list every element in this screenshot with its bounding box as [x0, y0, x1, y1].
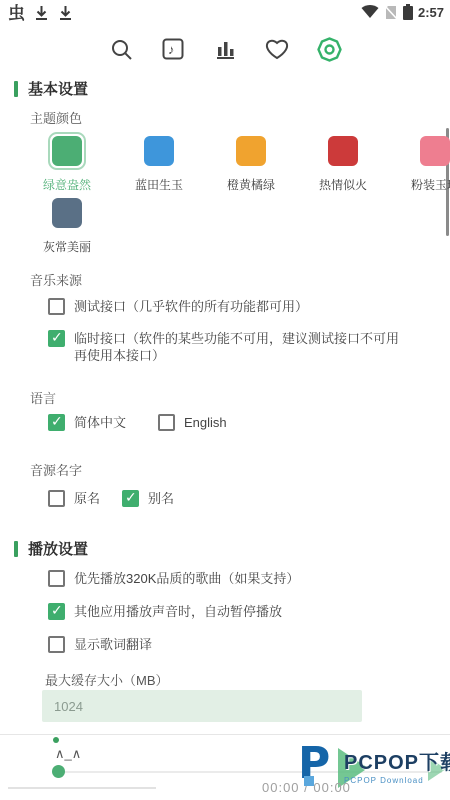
- progress-thumb[interactable]: [52, 765, 65, 778]
- bar-chart-icon: [213, 37, 237, 61]
- color-swatch[interactable]: [420, 136, 450, 166]
- heart-icon: [265, 38, 289, 60]
- theme-name: 粉装玉琢: [411, 176, 450, 193]
- status-bar: 虫 2:57: [0, 0, 450, 28]
- checkbox-label: English: [184, 414, 227, 431]
- checkbox-icon[interactable]: [48, 414, 65, 431]
- tab-search[interactable]: [108, 36, 134, 62]
- app-screen: 虫 2:57: [0, 0, 450, 800]
- section-playback-settings: 播放设置: [14, 538, 88, 559]
- theme-name: 灰常美丽: [43, 238, 91, 255]
- divider: [8, 787, 156, 789]
- theme-orange[interactable]: 橙黄橘绿: [224, 132, 278, 193]
- checkbox-320k[interactable]: 优先播放320K品质的歌曲（如果支持）: [48, 570, 418, 587]
- color-swatch[interactable]: [144, 136, 174, 166]
- theme-pink[interactable]: 粉装玉琢: [408, 132, 450, 193]
- checkbox-icon[interactable]: [48, 636, 65, 653]
- language-options: 简体中文 English: [48, 414, 227, 431]
- color-swatch[interactable]: [236, 136, 266, 166]
- checkbox-icon[interactable]: [48, 603, 65, 620]
- color-swatch[interactable]: [328, 136, 358, 166]
- theme-color-label: 主题颜色: [30, 108, 82, 127]
- source-name-label: 音源名字: [30, 460, 82, 479]
- checkbox-label: 简体中文: [74, 414, 126, 431]
- section-accent-bar: [14, 81, 18, 97]
- watermark-subtitle: PCPOP Download: [344, 776, 450, 785]
- music-source-label: 音乐来源: [30, 270, 82, 289]
- checkbox-label: 别名: [148, 490, 174, 507]
- checkbox-temp-api[interactable]: 临时接口（软件的某些功能不可用，建议测试接口不可用再使用本接口）: [48, 330, 410, 364]
- checkbox-icon[interactable]: [158, 414, 175, 431]
- pcpop-watermark: P PCPOP下载 PCPOP Download: [298, 742, 450, 788]
- checkbox-english[interactable]: English: [158, 414, 227, 431]
- checkbox-label: 显示歌词翻译: [74, 636, 152, 653]
- theme-green[interactable]: 绿意盎然: [40, 132, 94, 193]
- color-swatch[interactable]: [52, 198, 82, 228]
- checkbox-label: 测试接口（几乎软件的所有功能都可用）: [74, 298, 308, 315]
- watermark-title: PCPOP下载: [344, 746, 450, 775]
- song-title: ∧_∧: [55, 746, 81, 762]
- section-title: 基本设置: [28, 78, 88, 99]
- battery-icon: [403, 4, 413, 20]
- source-name-options: 原名 别名: [48, 490, 174, 507]
- theme-color-row-2: 灰常美丽: [40, 194, 94, 255]
- color-swatch[interactable]: [52, 136, 82, 166]
- theme-name: 蓝田生玉: [135, 176, 183, 193]
- settings-gear-icon: [317, 37, 342, 62]
- checkbox-label: 原名: [74, 490, 100, 507]
- pcpop-logo-icon: P: [298, 742, 342, 788]
- svg-text:♪: ♪: [168, 42, 175, 57]
- music-box-icon: ♪: [161, 37, 185, 61]
- tab-charts[interactable]: [212, 36, 238, 62]
- checkbox-simplified-chinese[interactable]: 简体中文: [48, 414, 126, 431]
- checkbox-alias-name[interactable]: 别名: [122, 490, 174, 507]
- checkbox-test-api[interactable]: 测试接口（几乎软件的所有功能都可用）: [48, 298, 408, 315]
- cache-size-input[interactable]: [42, 690, 362, 722]
- tab-bar: ♪: [0, 32, 450, 66]
- theme-name: 热情似火: [319, 176, 367, 193]
- checkbox-icon[interactable]: [48, 570, 65, 587]
- wifi-icon: [361, 5, 379, 19]
- section-title: 播放设置: [28, 538, 88, 559]
- tab-favorites[interactable]: [264, 36, 290, 62]
- clock: 2:57: [418, 5, 444, 20]
- checkbox-label: 其他应用播放声音时，自动暂停播放: [74, 603, 282, 620]
- checkbox-icon[interactable]: [48, 490, 65, 507]
- theme-color-row: 绿意盎然 蓝田生玉 橙黄橘绿 热情似火 粉装玉琢: [40, 132, 450, 193]
- language-label: 语言: [30, 388, 56, 407]
- download-icon: [58, 5, 73, 23]
- bug-icon: 虫: [8, 3, 25, 25]
- theme-name: 绿意盎然: [43, 176, 91, 193]
- theme-name: 橙黄橘绿: [227, 176, 275, 193]
- theme-gray[interactable]: 灰常美丽: [40, 194, 94, 255]
- checkbox-original-name[interactable]: 原名: [48, 490, 100, 507]
- checkbox-icon[interactable]: [48, 330, 65, 347]
- player-indicator-dot: [53, 737, 59, 743]
- search-icon: [110, 38, 133, 61]
- theme-blue[interactable]: 蓝田生玉: [132, 132, 186, 193]
- checkbox-lyrics-translation[interactable]: 显示歌词翻译: [48, 636, 418, 653]
- checkbox-label: 临时接口（软件的某些功能不可用，建议测试接口不可用再使用本接口）: [74, 330, 410, 364]
- no-sim-icon: [384, 5, 398, 20]
- cache-size-label: 最大缓存大小（MB）: [45, 670, 169, 689]
- tab-settings[interactable]: [316, 36, 342, 62]
- checkbox-icon[interactable]: [48, 298, 65, 315]
- section-basic-settings: 基本设置: [14, 78, 88, 99]
- theme-red[interactable]: 热情似火: [316, 132, 370, 193]
- tab-songs[interactable]: ♪: [160, 36, 186, 62]
- checkbox-label: 优先播放320K品质的歌曲（如果支持）: [74, 570, 299, 587]
- section-accent-bar: [14, 541, 18, 557]
- checkbox-icon[interactable]: [122, 490, 139, 507]
- checkbox-auto-pause[interactable]: 其他应用播放声音时，自动暂停播放: [48, 603, 418, 620]
- download-icon: [34, 5, 49, 23]
